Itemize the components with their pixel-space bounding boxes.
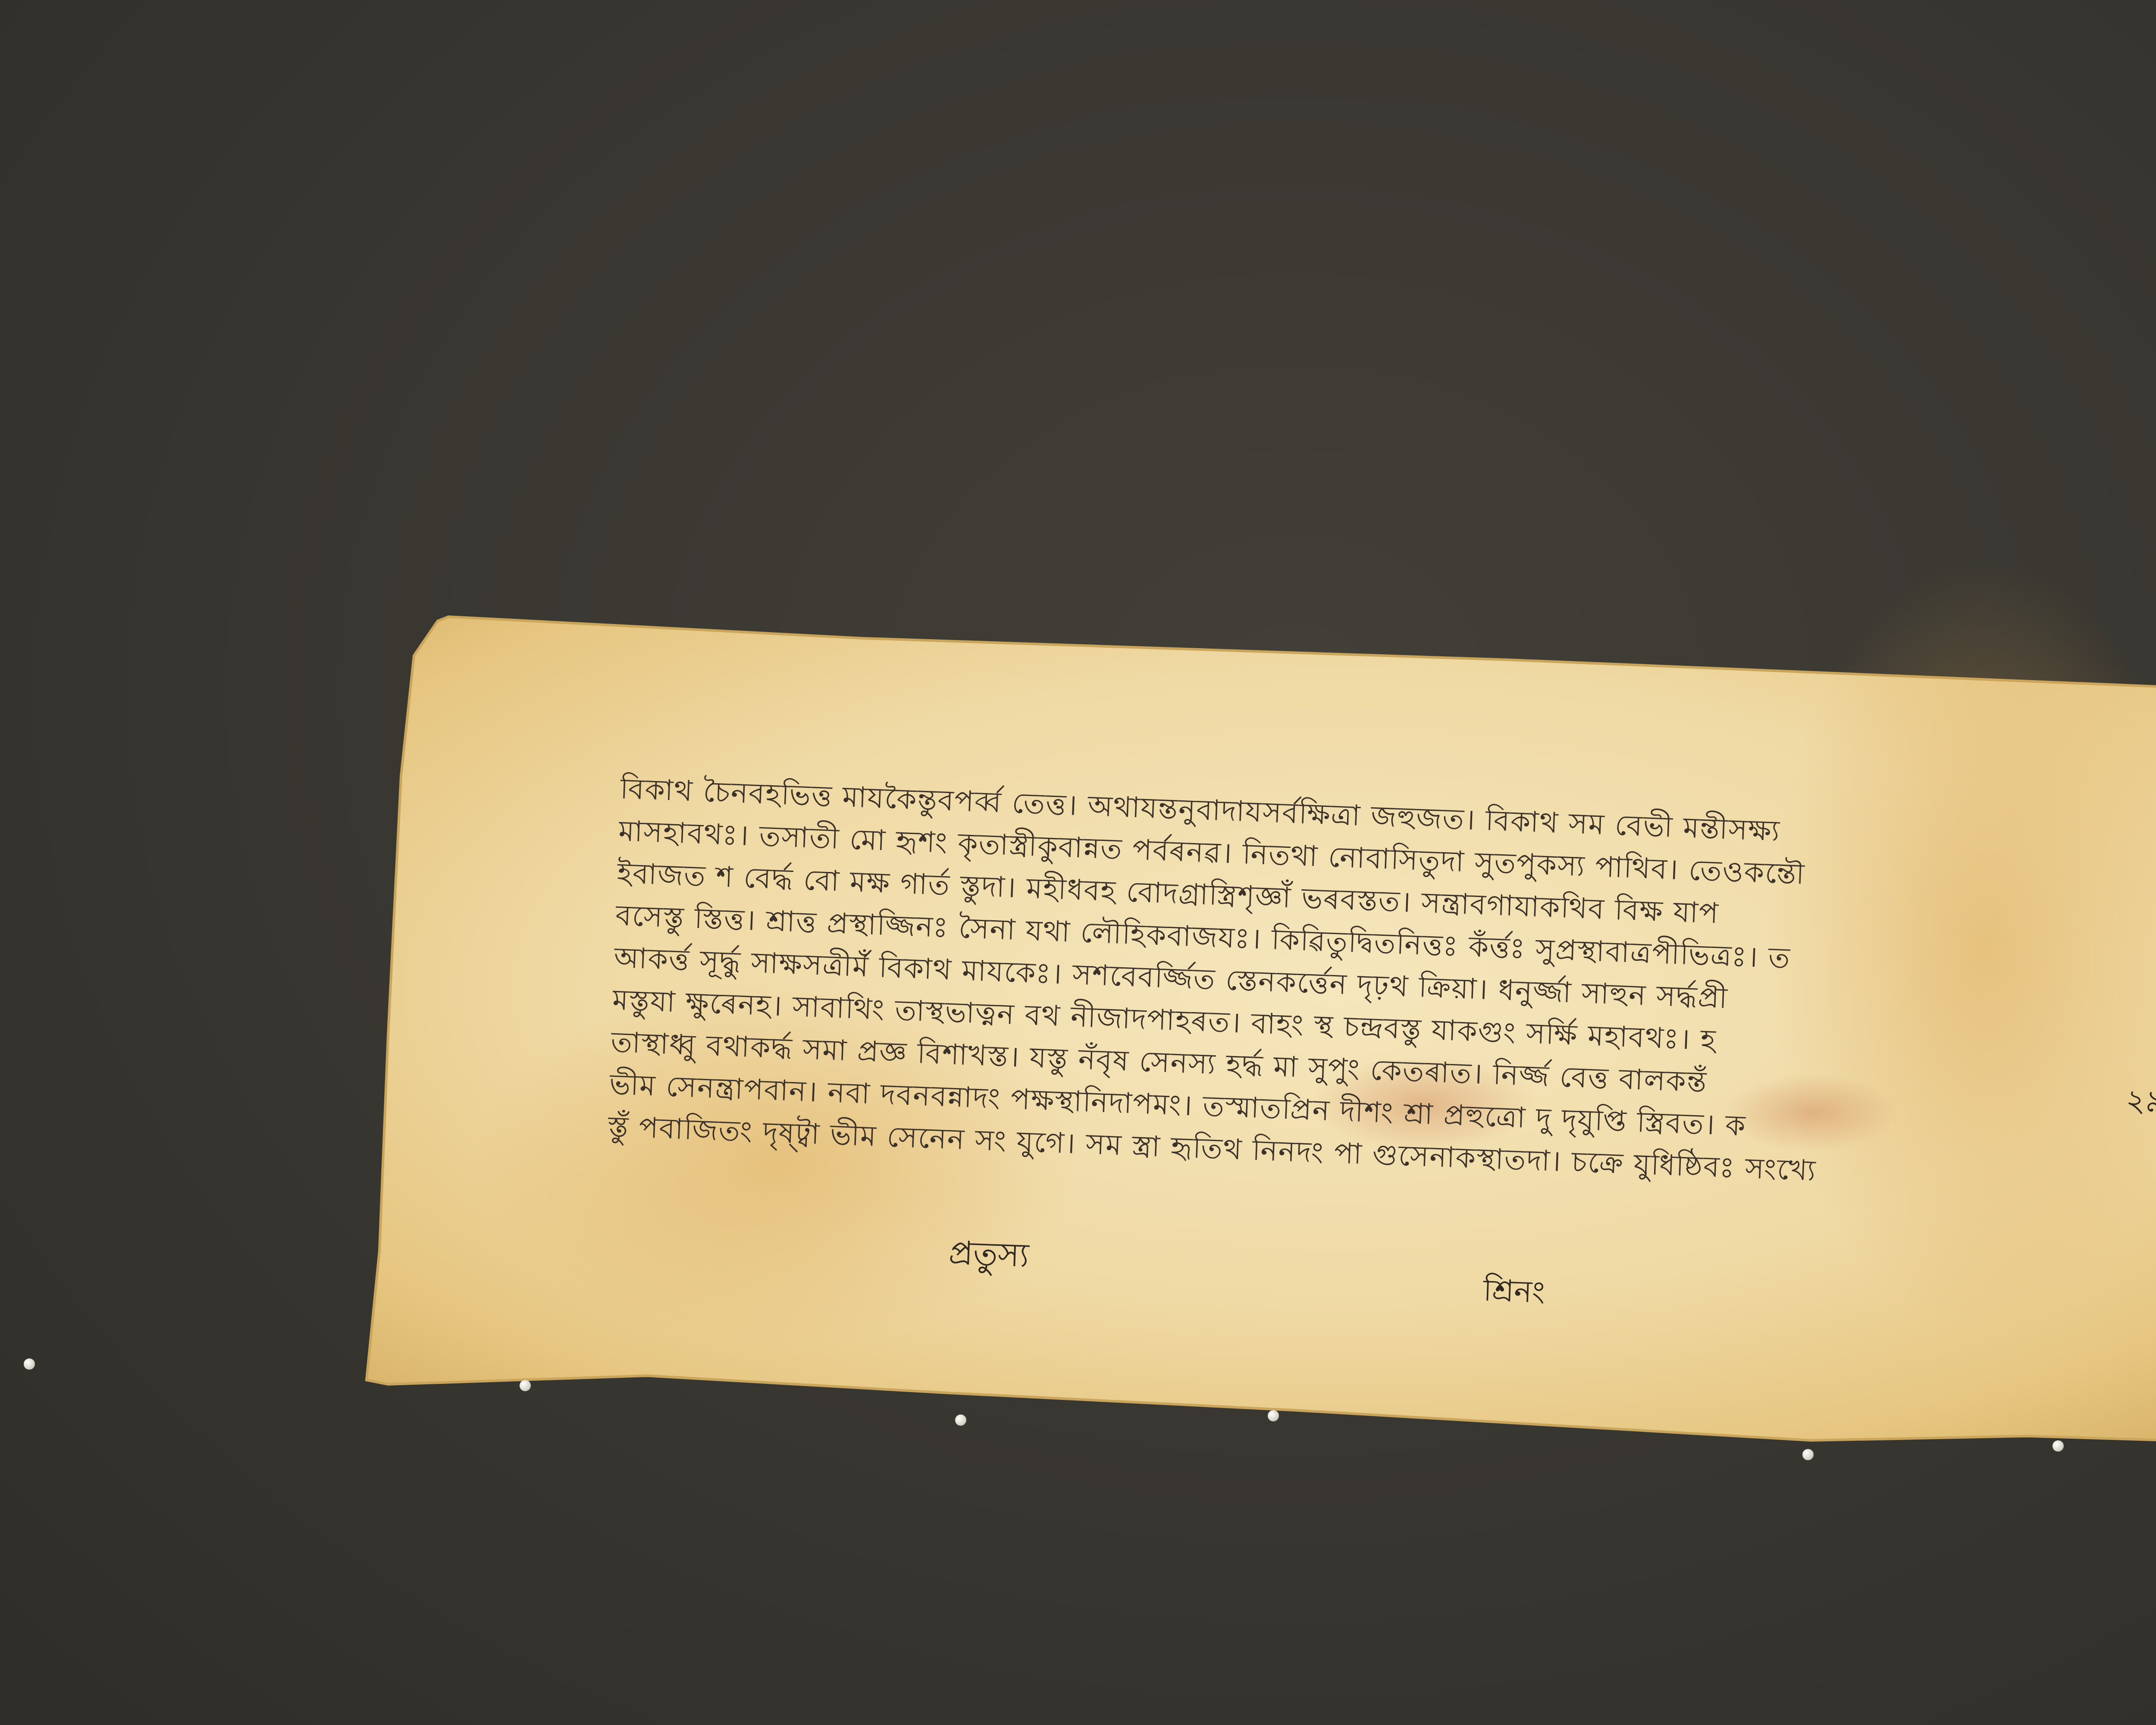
margin-label-center: শ্রিনং bbox=[1482, 1267, 1546, 1320]
manuscript-text-block: বিকাথ চৈনবহভিত্ত মাযকৈন্তুবপৰ্ব্ব তেত্ত।… bbox=[607, 768, 2078, 1201]
mounting-pin bbox=[520, 1380, 531, 1391]
mounting-pin bbox=[1268, 1410, 1279, 1421]
margin-label-left: প্রতুস্য bbox=[948, 1228, 1030, 1285]
mounting-pin bbox=[24, 1358, 35, 1370]
mounting-pin bbox=[2053, 1440, 2064, 1452]
mounting-pin bbox=[955, 1414, 966, 1426]
folio-number: ২৯৬ bbox=[2125, 1077, 2156, 1130]
mounting-pin bbox=[1802, 1449, 1814, 1460]
manuscript-leaf: বিকাথ চৈনবহভিত্ত মাযকৈন্তুবপৰ্ব্ব তেত্ত।… bbox=[0, 0, 2156, 1725]
